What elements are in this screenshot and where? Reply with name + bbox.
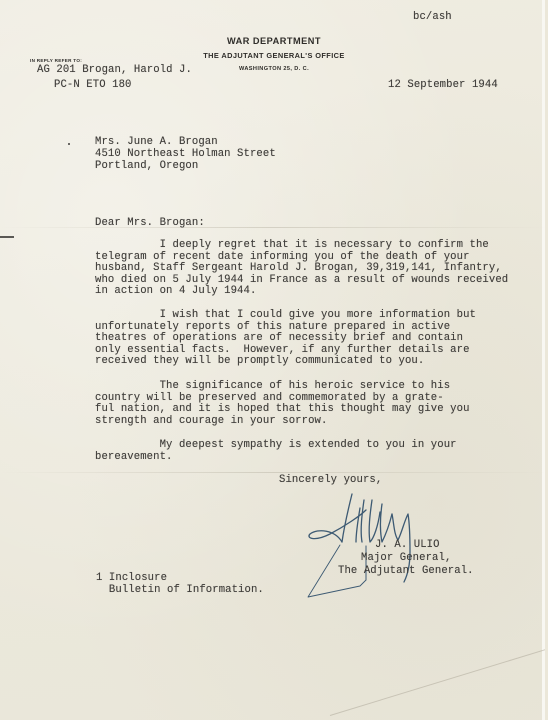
enclosure-item: Bulletin of Information. (96, 585, 264, 597)
signatory-rank: Major General, (361, 553, 451, 565)
paragraph-1: I deeply regret that it is necessary to … (95, 240, 508, 298)
paragraph-line: My deepest sympathy is extended to you i… (95, 440, 457, 452)
paragraph-line: received they will be promptly communica… (95, 356, 476, 368)
enclosure-count: 1 Inclosure (96, 573, 167, 585)
paragraph-line: strength and courage in your sorrow. (95, 416, 470, 428)
margin-mark (0, 236, 14, 238)
fold-line (0, 227, 545, 228)
paper-crease (330, 648, 545, 716)
paragraph-line: I deeply regret that it is necessary to … (95, 240, 508, 252)
address-marker (68, 143, 70, 145)
reference-line-2: PC-N ETO 180 (54, 80, 132, 92)
letter-date: 12 September 1944 (388, 80, 498, 92)
paragraph-line: I wish that I could give you more inform… (95, 310, 476, 322)
reply-refer-label: IN REPLY REFER TO: (30, 58, 82, 63)
closing: Sincerely yours, (279, 475, 382, 487)
paragraph-line: The significance of his heroic service t… (95, 381, 470, 393)
paper-edge (542, 0, 545, 720)
paragraph-4: My deepest sympathy is extended to you i… (95, 440, 457, 463)
paragraph-2: I wish that I could give you more inform… (95, 310, 476, 368)
paragraph-3: The significance of his heroic service t… (95, 381, 470, 427)
typist-initials: bc/ash (413, 12, 452, 24)
paragraph-line: bereavement. (95, 452, 457, 464)
letter-paper: bc/ash WAR DEPARTMENT THE ADJUTANT GENER… (0, 0, 545, 720)
recipient-street: 4510 Northeast Holman Street (95, 149, 276, 161)
letterhead-department: WAR DEPARTMENT (0, 36, 545, 46)
signatory-name: J. A. ULIO (375, 540, 440, 552)
salutation: Dear Mrs. Brogan: (95, 218, 205, 230)
recipient-city: Portland, Oregon (95, 161, 198, 173)
recipient-name: Mrs. June A. Brogan (95, 137, 218, 149)
paragraph-line: in action on 4 July 1944. (95, 286, 508, 298)
reference-line-1: AG 201 Brogan, Harold J. (37, 65, 192, 77)
signatory-title: The Adjutant General. (338, 566, 474, 578)
fold-line (0, 472, 545, 473)
